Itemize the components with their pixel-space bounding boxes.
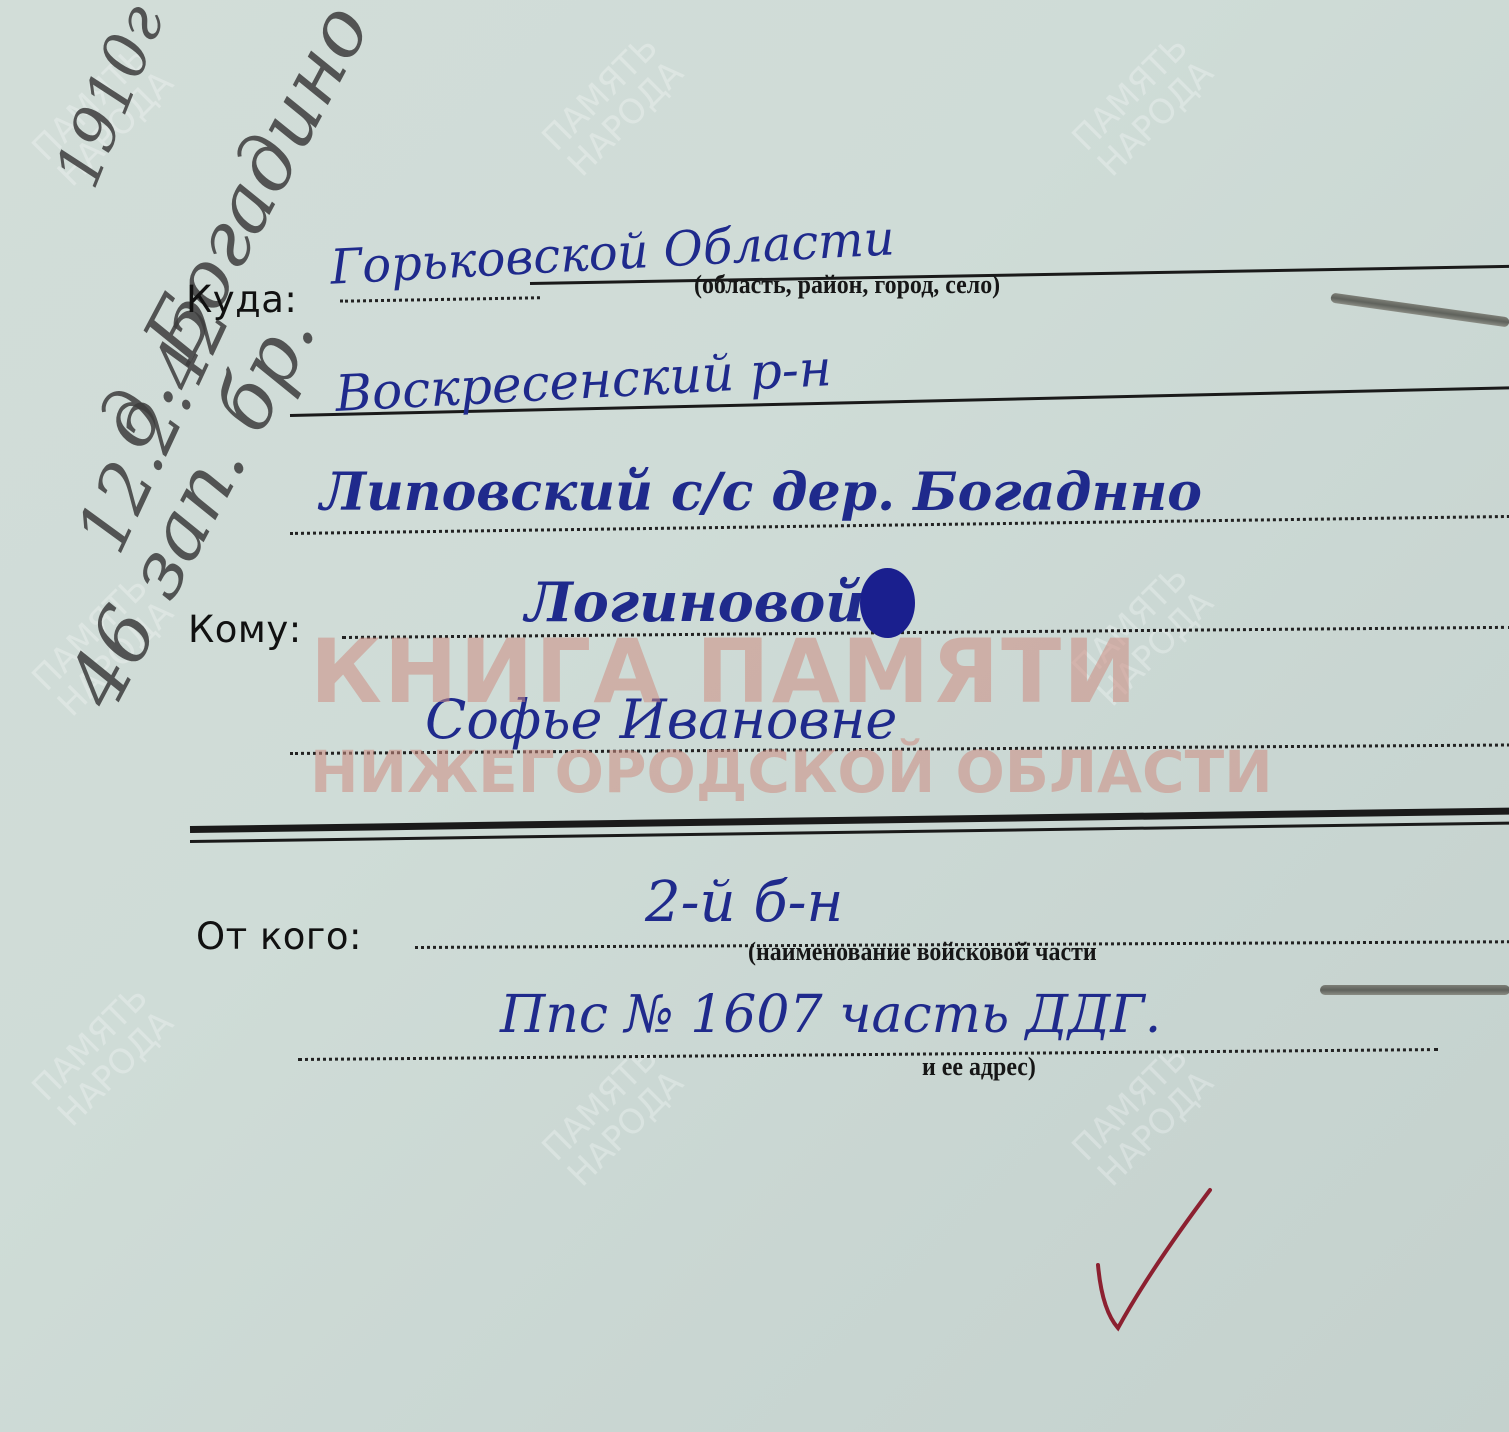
from-whom-label: От кого: — [196, 915, 362, 958]
sender-handwritten-1: 2-й б-н — [645, 870, 843, 935]
watermark-tile: ПАМЯТЬНАРОДА — [1066, 1039, 1220, 1193]
binding-thread — [1320, 985, 1509, 995]
watermark-tile: ПАМЯТЬНАРОДА — [26, 979, 180, 1133]
watermark-tile: ПАМЯТЬНАРОДА — [536, 1039, 690, 1193]
watermark-title: КНИГА ПАМЯТИ — [310, 620, 1139, 723]
envelope-document: ПАМЯТЬНАРОДА ПАМЯТЬНАРОДА ПАМЯТЬНАРОДА П… — [0, 0, 1509, 1432]
address-handwritten-3: Липовский с/с дер. Богаднно — [320, 462, 1202, 523]
watermark-tile: ПАМЯТЬНАРОДА — [536, 29, 690, 183]
address-line-1 — [340, 296, 540, 302]
separator-thick — [190, 808, 1509, 833]
to-whom-label: Кому: — [188, 608, 302, 651]
watermark-subtitle: НИЖЕГОРОДСКОЙ ОБЛАСТИ — [310, 738, 1273, 806]
binding-thread — [1330, 293, 1509, 328]
check-mark-icon — [1080, 1180, 1230, 1340]
address-handwritten-2: Воскресенский р-н — [334, 339, 833, 423]
to-where-label: Куда: — [186, 278, 297, 321]
unit-hint: (наименование войсковой части — [748, 937, 1097, 967]
watermark-tile: ПАМЯТЬНАРОДА — [1066, 29, 1220, 183]
sender-line-2 — [298, 1048, 1438, 1061]
address-hint-2: и ее адрес) — [922, 1052, 1036, 1082]
address-hint: (область, район, город, село) — [694, 270, 1000, 300]
sender-handwritten-2: Ппс № 1607 часть ДДГ. — [500, 985, 1161, 1045]
